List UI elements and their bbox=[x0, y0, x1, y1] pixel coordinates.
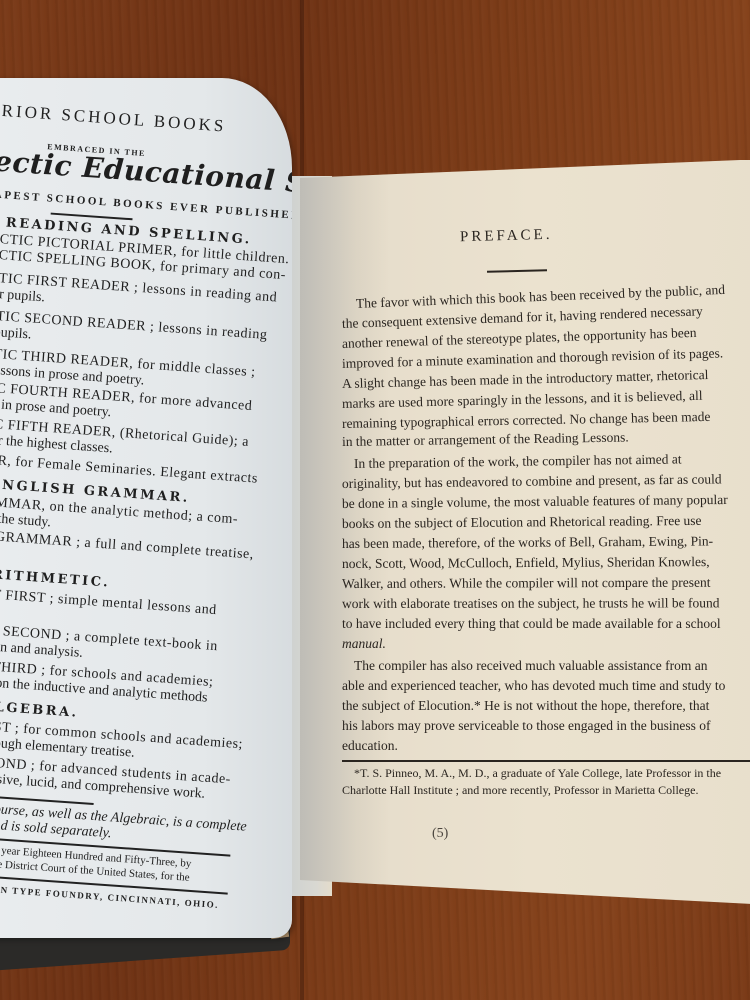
preface-title: PREFACE. bbox=[460, 227, 553, 246]
page-number: (5) bbox=[432, 826, 448, 842]
book-entry: CAL GRAMMAR ; a full and complete treati… bbox=[0, 527, 254, 563]
preface-line: Walker, and others. While the compiler w… bbox=[342, 575, 711, 592]
book-entry: ECTIC SECOND READER ; lessons in reading bbox=[0, 308, 268, 344]
preface-line: books on the subject of Elocution and Rh… bbox=[342, 513, 702, 532]
preface-line: his labors may prove serviceable to thos… bbox=[342, 718, 711, 734]
preface-line: able and experienced teacher, who has de… bbox=[342, 678, 725, 694]
preface-line: education. bbox=[342, 738, 398, 754]
footnote-line: Charlotte Hall Institute ; and more rece… bbox=[342, 783, 698, 798]
section-title-algebra: ALGEBRA. bbox=[0, 699, 79, 721]
footnote-rule bbox=[342, 760, 750, 762]
left-heading: RIOR SCHOOL BOOKS bbox=[1, 101, 227, 137]
preface-line: has been made, therefore, of the works o… bbox=[342, 533, 713, 552]
footnote-line: *T. S. Pinneo, M. A., M. D., a graduate … bbox=[354, 766, 721, 781]
preface-line: work with elaborate treatises on the sub… bbox=[342, 595, 720, 612]
preface-line: nock, Scott, Wood, McCulloch, Enfield, M… bbox=[342, 554, 710, 572]
preface-line: The compiler has also received much valu… bbox=[354, 658, 708, 674]
preface-line: to have included every thing that could … bbox=[342, 616, 721, 632]
preface-line: manual. bbox=[342, 636, 386, 652]
left-page-content: RIOR SCHOOL BOOKS EMBRACED IN THE ectic … bbox=[0, 78, 289, 99]
book-entry: ng pupils. bbox=[0, 324, 32, 344]
left-page: RIOR SCHOOL BOOKS EMBRACED IN THE ectic … bbox=[0, 78, 292, 938]
section-title-arithmetic: ARITHMETIC. bbox=[0, 566, 111, 590]
preface-line: the subject of Elocution.* He is not wit… bbox=[342, 698, 709, 714]
